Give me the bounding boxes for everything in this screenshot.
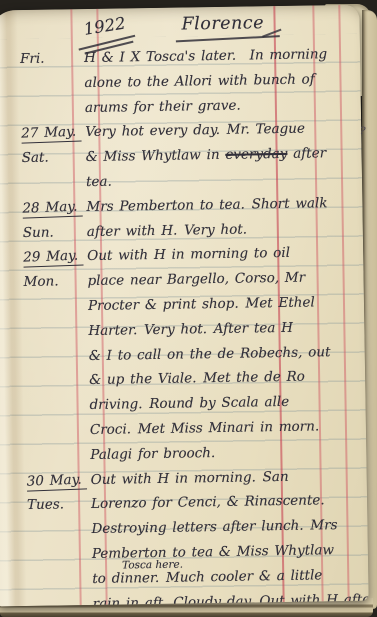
entry-day-label: Sat.: [21, 145, 85, 171]
entry-text: arums for their grave.: [85, 97, 241, 115]
entry-day-label: [28, 542, 92, 543]
entry-day-label: [25, 393, 89, 394]
text-segment: arums for their grave.: [85, 97, 241, 115]
text-segment: Palagi for brooch.: [90, 445, 215, 463]
text-segment: Destroying letters after lunch. Mrs: [91, 517, 337, 537]
entry-text: Destroying letters after lunch. Mrs: [91, 517, 337, 537]
entry-text: H & I X Tosca's later. In morning: [84, 46, 327, 66]
entry-text: driving. Round by Scala alle: [89, 394, 289, 413]
text-segment: Croci. Met Miss Minari in morn.: [90, 418, 319, 438]
entry-day-label: [24, 319, 88, 320]
entry-day-label: [25, 368, 89, 369]
text-segment: driving. Round by Scala alle: [89, 394, 289, 413]
entry-text: tea.: [86, 174, 112, 190]
entry-date-label: 27 May.: [21, 120, 85, 146]
text-segment: H & I X Tosca's later. In morning: [84, 46, 327, 66]
underlined-date: 29 May.: [23, 248, 84, 268]
entry-day-label: Sun.: [23, 220, 87, 246]
text-segment: & up the Viale. Met the de Ro: [89, 369, 305, 388]
entry-text: & I to call on the de Robechs, out: [89, 344, 331, 364]
text-segment: & I to call on the de Robechs, out: [89, 344, 331, 364]
text-segment: Out with H in morning to oil: [87, 245, 290, 264]
entry-day-label: [22, 170, 86, 171]
struck-word: everyday: [225, 146, 287, 163]
text-segment: after: [287, 145, 326, 162]
text-segment: alone to the Allori with bunch of: [84, 71, 315, 91]
page-title: Florence: [181, 13, 264, 34]
entry-text: & Miss Whytlaw in everyday after: [86, 145, 327, 165]
entry-text: place near Bargello, Corso, Mr: [87, 270, 305, 289]
entry-text: Mrs Pemberton to tea. Short walk: [86, 195, 327, 215]
text-segment: & Miss Whytlaw in: [86, 147, 226, 165]
entry-date-label: 30 May.: [27, 468, 91, 494]
entry-text: Harter. Very hot. After tea H: [88, 320, 293, 339]
text-segment: Very hot every day. Mr. Teague: [85, 121, 305, 140]
text-segment: Harter. Very hot. After tea H: [88, 320, 293, 339]
text-segment: Procter & print shop. Met Ethel: [88, 294, 315, 314]
entry-day-label: [20, 71, 84, 72]
entry-date-label: 29 May.: [23, 244, 87, 270]
entry-text: Out with H in morning to oil: [87, 245, 290, 264]
text-segment: Out with H in morning. San: [91, 468, 289, 487]
entry-day-label: [26, 418, 90, 419]
notebook-page: 1922 Florence Fri.H & I X Tosca's later.…: [0, 5, 369, 607]
entry-date-label: 28 May.: [22, 195, 86, 221]
entry-day-label: Mon.: [23, 269, 87, 295]
entry-text: alone to the Allori with bunch of: [84, 71, 315, 91]
photo-background: 1922 Florence Fri.H & I X Tosca's later.…: [0, 0, 377, 617]
entry-rows: Fri.H & I X Tosca's later. In morningalo…: [0, 42, 369, 607]
text-segment: after with H. Very hot.: [87, 221, 247, 240]
underlined-date: 28 May.: [22, 198, 83, 218]
text-segment: Lorenzo for Cenci, & Rinascente.: [91, 493, 325, 513]
entry-text: Croci. Met Miss Minari in morn.: [90, 418, 319, 438]
text-segment: Mrs Pemberton to tea. Short walk: [86, 195, 327, 215]
inserted-note: Tosca here.: [122, 559, 183, 572]
entry-day-label: [28, 567, 92, 568]
entry-day-label: [26, 443, 90, 444]
entry-text: Lorenzo for Cenci, & Rinascente.: [91, 493, 325, 513]
year-heading: 1922: [82, 14, 126, 39]
text-segment: place near Bargello, Corso, Mr: [87, 270, 305, 289]
edge-annotation-mark: ?: [360, 126, 366, 137]
entry-text: & up the Viale. Met the de Ro: [89, 369, 305, 388]
entry-text: Procter & print shop. Met Ethel: [88, 294, 315, 314]
entry-text: Out with H in morning. San: [91, 468, 289, 487]
entry-day-label: Tues.: [27, 492, 91, 518]
entry-day-label: [27, 517, 91, 518]
entry-text: after with H. Very hot.: [87, 221, 247, 240]
underlined-date: 27 May.: [21, 124, 82, 144]
underlined-date: 30 May.: [26, 471, 87, 491]
entry-text: Palagi for brooch.: [90, 445, 215, 463]
entry-text: Very hot every day. Mr. Teague: [85, 121, 305, 140]
text-segment: tea.: [86, 174, 112, 190]
entry-day-label: Fri.: [20, 46, 84, 72]
entry-day-label: [24, 294, 88, 295]
